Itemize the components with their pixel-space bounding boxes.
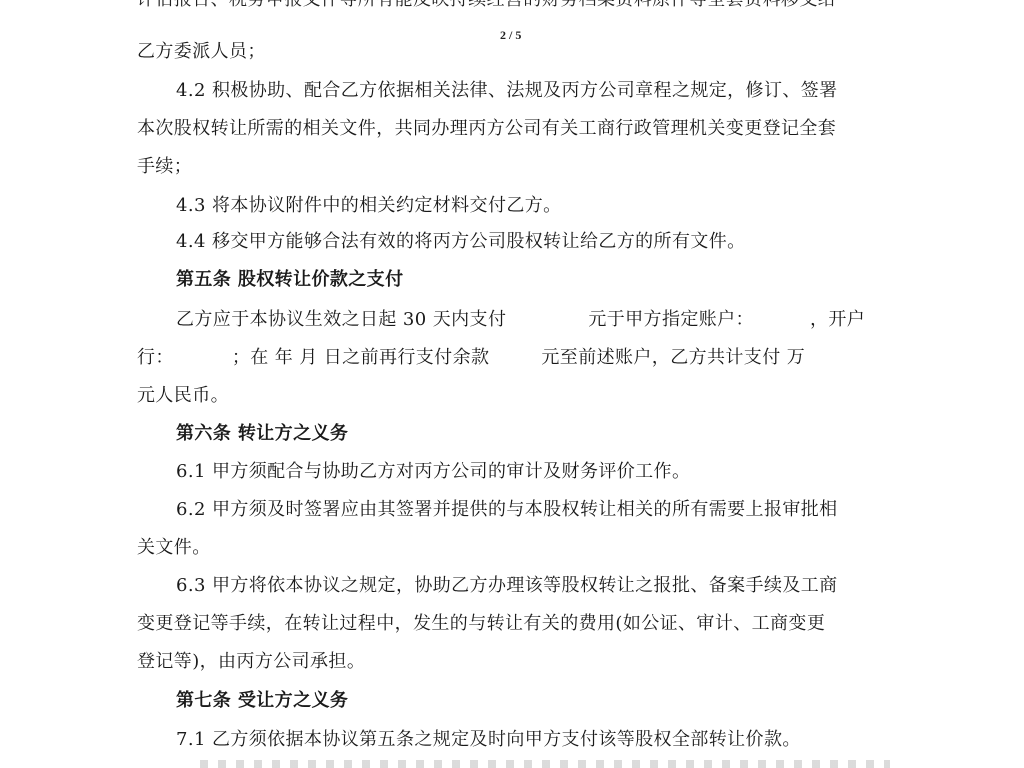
payment-line-1: 乙方应于本协议生效之日起 30 天内支付元于甲方指定账户：，开户: [176, 308, 889, 332]
payment-text: ，开户: [810, 309, 865, 330]
clause-4-2: 4.2 积极协助、配合乙方依据相关法律、法规及丙方公司章程之规定，修订、签署: [176, 79, 889, 103]
payment-text: 元于甲方指定账户：: [588, 309, 754, 330]
paragraph-line: 手续；: [137, 155, 889, 179]
payment-text: 乙方应于本协议生效之日起 30 天内支付: [176, 309, 506, 330]
payment-text: ；在 年 月 日之前再行支付余款: [232, 347, 490, 368]
article-5-heading: 第五条 股权转让价款之支付: [176, 268, 889, 292]
clause-6-1: 6.1 甲方须配合与协助乙方对丙方公司的审计及财务评价工作。: [176, 460, 889, 484]
clause-7-1: 7.1 乙方须依据本协议第五条之规定及时向甲方支付该等股权全部转让价款。: [176, 728, 889, 752]
cut-off-text-line: 评估报告、税务申报文件等所有能反映持续经营的财务档案资料原件等全套资料移交给: [137, 0, 889, 12]
paragraph-line: 乙方委派人员；: [137, 40, 889, 64]
article-7-heading: 第七条 受让方之义务: [176, 689, 889, 713]
clause-4-4: 4.4 移交甲方能够合法有效的将丙方公司股权转让给乙方的所有文件。: [176, 230, 889, 254]
paragraph-line: 变更登记等手续，在转让过程中，发生的与转让有关的费用(如公证、审计、工商变更: [137, 612, 889, 636]
clause-4-3: 4.3 将本协议附件中的相关约定材料交付乙方。: [176, 194, 889, 218]
paragraph-line: 本次股权转让所需的相关文件，共同办理丙方公司有关工商行政管理机关变更登记全套: [137, 117, 889, 141]
paragraph-line: 关文件。: [137, 536, 889, 560]
paragraph-line: 登记等)，由丙方公司承担。: [137, 650, 889, 674]
cut-off-text-line: [200, 760, 890, 768]
paragraph-line: 元人民币。: [137, 384, 889, 408]
payment-text: 元至前述账户，乙方共计支付 万: [541, 347, 805, 368]
payment-text: 行：: [137, 347, 174, 368]
clause-6-3: 6.3 甲方将依本协议之规定，协助乙方办理该等股权转让之报批、备案手续及工商: [176, 574, 889, 598]
article-6-heading: 第六条 转让方之义务: [176, 422, 889, 446]
payment-line-2: 行：；在 年 月 日之前再行支付余款元至前述账户，乙方共计支付 万: [137, 346, 889, 370]
clause-6-2: 6.2 甲方须及时签署应由其签署并提供的与本股权转让相关的所有需要上报审批相: [176, 498, 889, 522]
